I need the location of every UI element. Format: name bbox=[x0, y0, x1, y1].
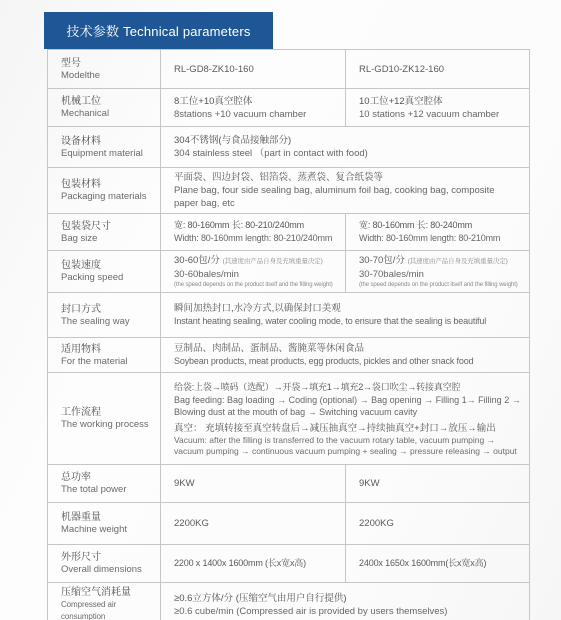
overall-dimensions-value-2: 2400x 1650x 1600mm(长x宽x高) bbox=[359, 557, 521, 570]
table-row-working-process: 工作流程 The working process 给袋:上袋→喷码（选配）→开袋… bbox=[48, 373, 530, 465]
row-label-en: Bag size bbox=[61, 233, 152, 245]
row-label-zh: 适用物料 bbox=[61, 343, 152, 356]
mechanical-en-1: 8stations +10 vacuum chamber bbox=[174, 108, 337, 121]
packing-speed-zh-2: 30-70包/分 bbox=[359, 255, 405, 266]
bag-size-en-1: Width: 80-160mm length: 80-210/240mm bbox=[174, 232, 337, 245]
packaging-materials-en: Plane bag, four side sealing bag, alumin… bbox=[174, 184, 521, 210]
row-label-zh: 包装袋尺寸 bbox=[61, 220, 152, 233]
cell-machine-weight-2: 2200KG bbox=[346, 503, 530, 545]
compressed-air-en: ≥0.6 cube/min (Compressed air is provide… bbox=[174, 605, 521, 618]
model-value-2: RL-GD10-ZK12-160 bbox=[359, 63, 521, 76]
cell-compressed-air: ≥0.6立方体/分 (压缩空气由用户自行提供) ≥0.6 cube/min (C… bbox=[161, 583, 530, 620]
packing-speed-note-en-2: (the speed depends on the product itself… bbox=[359, 281, 521, 289]
row-label-zh: 外形尺寸 bbox=[61, 551, 152, 564]
row-label-packaging-materials: 包装材料 Packaging materials bbox=[48, 168, 161, 214]
row-label-equipment-material: 设备材料 Equipment material bbox=[48, 127, 161, 168]
working-process-vacuum-zh: 真空： 充填转接至真空转盘后→减压抽真空→持续抽真空+封口→放压→输出 bbox=[174, 422, 521, 435]
table-row-packing-speed: 包装速度 Packing speed 30-60包/分 (其速度由产品自身及充填… bbox=[48, 251, 530, 293]
cell-total-power-1: 9KW bbox=[161, 465, 346, 503]
sealing-way-zh: 瞬间加热封口,水冷方式,以确保封口美观 bbox=[174, 302, 521, 315]
table-row-model: 型号 Modelthe RL-GD8-ZK10-160 RL-GD10-ZK12… bbox=[48, 50, 530, 89]
row-label-en: The total power bbox=[61, 484, 152, 496]
row-label-en: Overall dimensions bbox=[61, 564, 152, 576]
table-row-compressed-air: 压缩空气消耗量 Compressed air consumption ≥0.6立… bbox=[48, 583, 530, 620]
mechanical-en-2: 10 stations +12 vacuum chamber bbox=[359, 108, 521, 121]
table-row-total-power: 总功率 The total power 9KW 9KW bbox=[48, 465, 530, 503]
packing-speed-note-en-1: (the speed depends on the product itself… bbox=[174, 281, 337, 289]
row-label-machine-weight: 机器重量 Machine weight bbox=[48, 503, 161, 545]
cell-bag-size-2: 宽: 80-160mm 长: 80-240mm Width: 80-160mm … bbox=[346, 214, 530, 251]
cell-total-power-2: 9KW bbox=[346, 465, 530, 503]
machine-weight-value-2: 2200KG bbox=[359, 517, 521, 530]
equipment-material-zh: 304不锈钢(与食品接触部分) bbox=[174, 134, 521, 147]
row-label-zh: 机器重量 bbox=[61, 511, 152, 524]
working-process-bagfeeding-en: Bag feeding: Bag loading → Coding (optio… bbox=[174, 394, 521, 418]
row-label-total-power: 总功率 The total power bbox=[48, 465, 161, 503]
cell-machine-weight-1: 2200KG bbox=[161, 503, 346, 545]
table-row-sealing-way: 封口方式 The sealing way 瞬间加热封口,水冷方式,以确保封口美观… bbox=[48, 293, 530, 338]
cell-model-1: RL-GD8-ZK10-160 bbox=[161, 50, 346, 89]
table-row-packaging-materials: 包装材料 Packaging materials 平面袋、四边封袋、铝箔袋、蒸煮… bbox=[48, 168, 530, 214]
page: 技术参数 Technical parameters 型号 Modelthe RL… bbox=[0, 0, 561, 620]
packing-speed-note-zh-2: (其速度由产品自身及充填重量决定) bbox=[408, 258, 508, 265]
machine-weight-value-1: 2200KG bbox=[174, 517, 337, 530]
row-label-zh: 机械工位 bbox=[61, 95, 152, 108]
row-label-zh: 设备材料 bbox=[61, 135, 152, 148]
cell-packing-speed-2: 30-70包/分 (其速度由产品自身及充填重量决定) 30-70bales/mi… bbox=[346, 251, 530, 293]
bag-size-zh-2: 宽: 80-160mm 长: 80-240mm bbox=[359, 219, 521, 232]
working-process-vacuum-en: Vacuum: after the filling is transferred… bbox=[174, 435, 521, 457]
row-label-sealing-way: 封口方式 The sealing way bbox=[48, 293, 161, 338]
cell-overall-dimensions-2: 2400x 1650x 1600mm(长x宽x高) bbox=[346, 545, 530, 583]
row-label-overall-dimensions: 外形尺寸 Overall dimensions bbox=[48, 545, 161, 583]
cell-model-2: RL-GD10-ZK12-160 bbox=[346, 50, 530, 89]
row-label-zh: 封口方式 bbox=[61, 303, 152, 316]
for-the-material-zh: 豆制品、肉制品、蛋制品、酱腌菜等休闲食品 bbox=[174, 342, 521, 355]
table-row-machine-weight: 机器重量 Machine weight 2200KG 2200KG bbox=[48, 503, 530, 545]
cell-mechanical-1: 8工位+10真空腔体 8stations +10 vacuum chamber bbox=[161, 89, 346, 127]
cell-equipment-material: 304不锈钢(与食品接触部分) 304 stainless steel （par… bbox=[161, 127, 530, 168]
total-power-value-1: 9KW bbox=[174, 477, 337, 490]
row-label-zh: 总功率 bbox=[61, 471, 152, 484]
model-value-1: RL-GD8-ZK10-160 bbox=[174, 63, 337, 76]
equipment-material-en: 304 stainless steel （part in contact wit… bbox=[174, 147, 521, 160]
row-label-zh: 包装速度 bbox=[61, 259, 152, 272]
row-label-compressed-air: 压缩空气消耗量 Compressed air consumption bbox=[48, 583, 161, 620]
total-power-value-2: 9KW bbox=[359, 477, 521, 490]
row-label-en: For the material bbox=[61, 356, 152, 368]
overall-dimensions-value-1: 2200 x 1400x 1600mm (长x宽x高) bbox=[174, 557, 337, 570]
row-label-model: 型号 Modelthe bbox=[48, 50, 161, 89]
working-process-bagfeeding-zh: 给袋:上袋→喷码（选配）→开袋→填充1→填充2→袋口吹尘→转接真空腔 bbox=[174, 381, 521, 394]
row-label-en: Mechanical bbox=[61, 108, 152, 120]
mechanical-zh-2: 10工位+12真空腔体 bbox=[359, 95, 521, 108]
table-row-overall-dimensions: 外形尺寸 Overall dimensions 2200 x 1400x 160… bbox=[48, 545, 530, 583]
row-label-bag-size: 包装袋尺寸 Bag size bbox=[48, 214, 161, 251]
row-label-en: Equipment material bbox=[61, 148, 152, 160]
technical-parameters-table: 型号 Modelthe RL-GD8-ZK10-160 RL-GD10-ZK12… bbox=[47, 49, 530, 620]
table-row-bag-size: 包装袋尺寸 Bag size 宽: 80-160mm 长: 80-210/240… bbox=[48, 214, 530, 251]
cell-sealing-way: 瞬间加热封口,水冷方式,以确保封口美观 Instant heating seal… bbox=[161, 293, 530, 338]
packaging-materials-zh: 平面袋、四边封袋、铝箔袋、蒸煮袋、复合纸袋等 bbox=[174, 171, 521, 184]
row-label-en: The sealing way bbox=[61, 316, 152, 328]
row-label-working-process: 工作流程 The working process bbox=[48, 373, 161, 465]
cell-packing-speed-1: 30-60包/分 (其速度由产品自身及充填重量决定) 30-60bales/mi… bbox=[161, 251, 346, 293]
packing-speed-en-1: 30-60bales/min bbox=[174, 268, 337, 281]
bag-size-zh-1: 宽: 80-160mm 长: 80-210/240mm bbox=[174, 219, 337, 232]
row-label-en: Packaging materials bbox=[61, 191, 152, 203]
row-label-en: Packing speed bbox=[61, 272, 152, 284]
mechanical-zh-1: 8工位+10真空腔体 bbox=[174, 95, 337, 108]
cell-for-the-material: 豆制品、肉制品、蛋制品、酱腌菜等休闲食品 Soybean products, m… bbox=[161, 338, 530, 373]
row-label-zh: 型号 bbox=[61, 57, 152, 70]
table-row-mechanical: 机械工位 Mechanical 8工位+10真空腔体 8stations +10… bbox=[48, 89, 530, 127]
section-title: 技术参数 Technical parameters bbox=[66, 21, 250, 40]
packing-speed-note-zh-1: (其速度由产品自身及充填重量决定) bbox=[223, 258, 323, 265]
row-label-mechanical: 机械工位 Mechanical bbox=[48, 89, 161, 127]
row-label-for-the-material: 适用物料 For the material bbox=[48, 338, 161, 373]
bag-size-en-2: Width: 80-160mm length: 80-210mm bbox=[359, 232, 521, 245]
cell-mechanical-2: 10工位+12真空腔体 10 stations +12 vacuum chamb… bbox=[346, 89, 530, 127]
table-row-equipment-material: 设备材料 Equipment material 304不锈钢(与食品接触部分) … bbox=[48, 127, 530, 168]
compressed-air-zh: ≥0.6立方体/分 (压缩空气由用户自行提供) bbox=[174, 592, 521, 605]
row-label-en: Modelthe bbox=[61, 70, 152, 82]
sealing-way-en: Instant heating sealing, water cooling m… bbox=[174, 315, 521, 328]
cell-packaging-materials: 平面袋、四边封袋、铝箔袋、蒸煮袋、复合纸袋等 Plane bag, four s… bbox=[161, 168, 530, 214]
row-label-en: The working process bbox=[61, 419, 152, 431]
cell-bag-size-1: 宽: 80-160mm 长: 80-210/240mm Width: 80-16… bbox=[161, 214, 346, 251]
section-header-banner: 技术参数 Technical parameters bbox=[44, 12, 273, 49]
row-label-en: Compressed air consumption bbox=[61, 599, 152, 620]
row-label-zh: 压缩空气消耗量 bbox=[61, 586, 152, 599]
row-label-packing-speed: 包装速度 Packing speed bbox=[48, 251, 161, 293]
for-the-material-en: Soybean products, meat products, egg pro… bbox=[174, 355, 521, 368]
row-label-zh: 包装材料 bbox=[61, 178, 152, 191]
packing-speed-zh-1: 30-60包/分 bbox=[174, 255, 220, 266]
packing-speed-en-2: 30-70bales/min bbox=[359, 268, 521, 281]
cell-working-process: 给袋:上袋→喷码（选配）→开袋→填充1→填充2→袋口吹尘→转接真空腔 Bag f… bbox=[161, 373, 530, 465]
cell-overall-dimensions-1: 2200 x 1400x 1600mm (长x宽x高) bbox=[161, 545, 346, 583]
row-label-en: Machine weight bbox=[61, 524, 152, 536]
table-row-for-the-material: 适用物料 For the material 豆制品、肉制品、蛋制品、酱腌菜等休闲… bbox=[48, 338, 530, 373]
row-label-zh: 工作流程 bbox=[61, 406, 152, 419]
